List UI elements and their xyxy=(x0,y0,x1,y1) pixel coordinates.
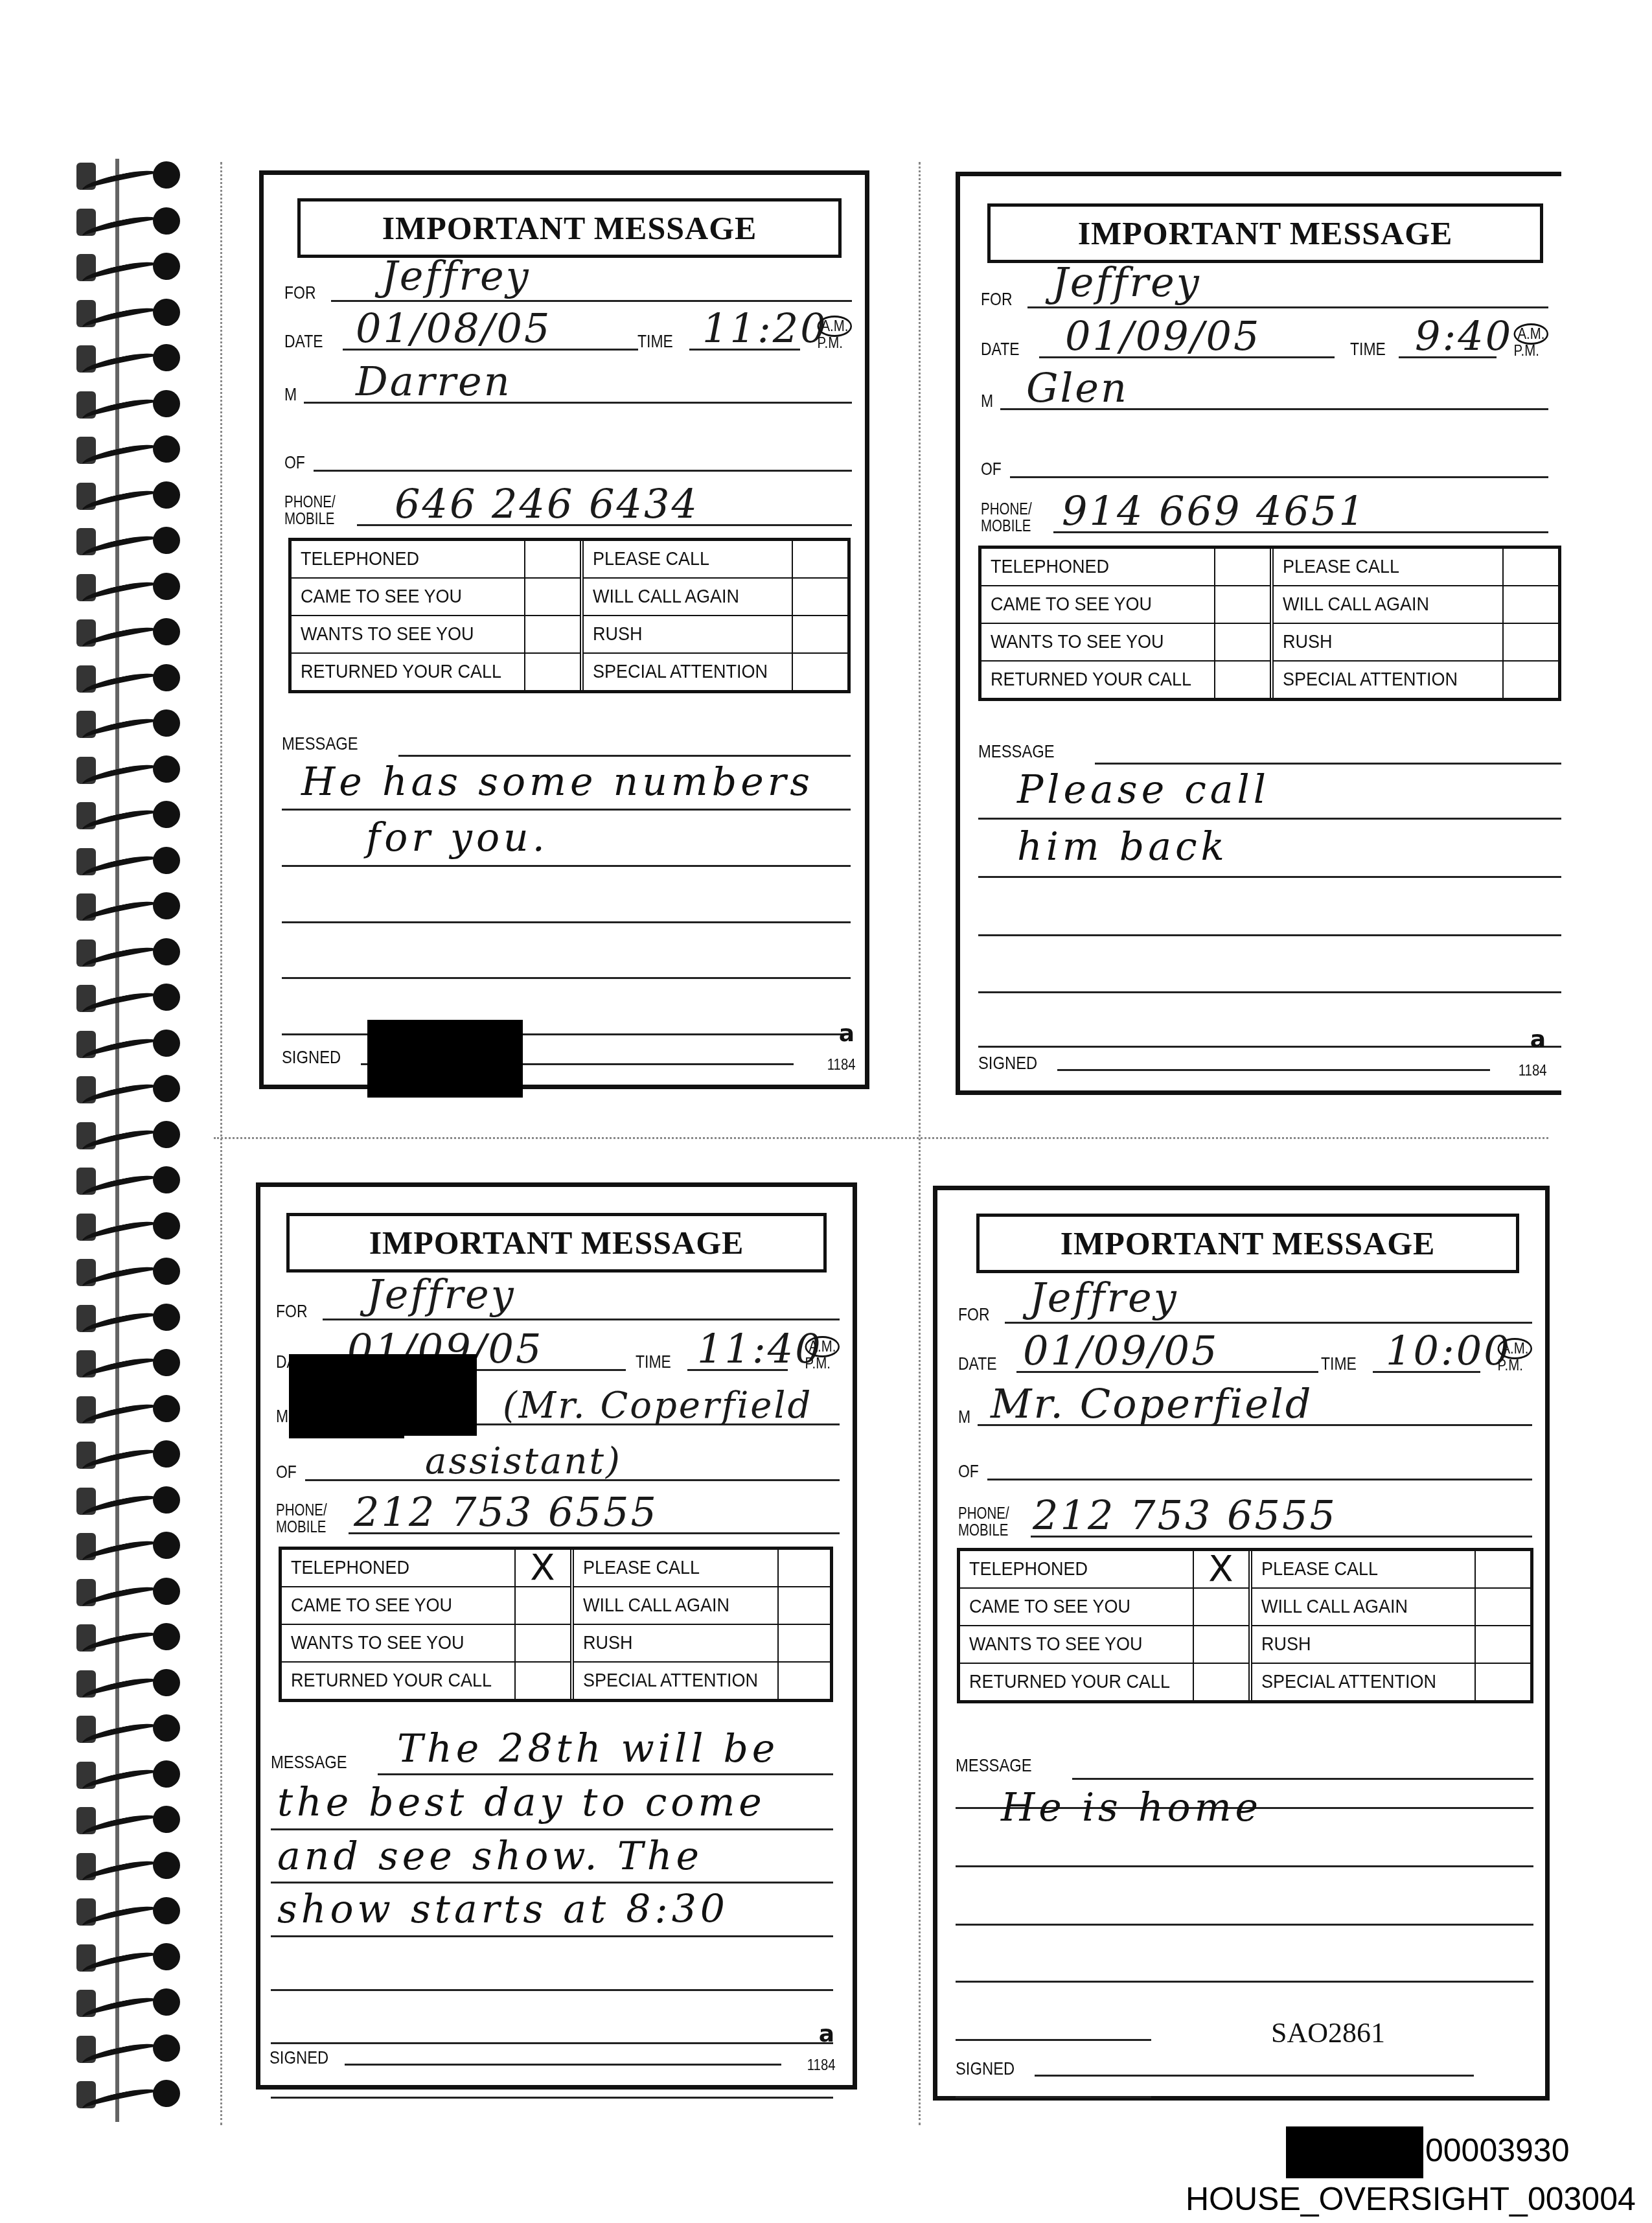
checkbox-special-attention[interactable] xyxy=(1502,662,1558,698)
spiral-coil xyxy=(76,2077,187,2116)
checkbox-came-to-see-you[interactable] xyxy=(1214,586,1270,623)
date-value: 01/08/05 xyxy=(356,305,551,352)
message-line-2: him back xyxy=(1017,824,1228,870)
for-value: Jeffrey xyxy=(382,252,531,299)
form-code: 1184 xyxy=(1519,1062,1547,1080)
card-title-box: IMPORTANT MESSAGE xyxy=(976,1214,1519,1273)
message-card-4: IMPORTANT MESSAGE FOR Jeffrey DATE 01/09… xyxy=(933,1186,1550,2101)
spiral-coil xyxy=(76,616,187,654)
date-label: DATE xyxy=(981,339,1020,360)
spiral-coil xyxy=(76,1986,187,2025)
of-label: OF xyxy=(958,1461,979,1482)
spiral-coil xyxy=(76,1620,187,1659)
spiral-coil xyxy=(76,1712,187,1751)
spiral-coil xyxy=(76,296,187,335)
from-field: M Darren xyxy=(284,367,852,406)
time-label: TIME xyxy=(1350,339,1386,360)
spiral-coil xyxy=(76,1072,187,1111)
card-title: IMPORTANT MESSAGE xyxy=(1078,214,1453,252)
bates-number-main: HOUSE_OVERSIGHT_003004 xyxy=(1186,2180,1636,2218)
spiral-coil xyxy=(76,890,187,928)
spiral-coil xyxy=(76,1027,187,1066)
checkbox-col-left: TELEPHONEDX CAME TO SEE YOU WANTS TO SEE… xyxy=(960,1551,1248,1700)
from-field: M Mr. Coperfield xyxy=(958,1390,1532,1429)
am-pm-selector: A.M.P.M. xyxy=(805,1339,840,1372)
redaction-signed xyxy=(367,1020,523,1098)
checkbox-please-call[interactable] xyxy=(777,1550,833,1586)
checkbox-rush[interactable] xyxy=(1502,624,1558,660)
message-line-2: for you. xyxy=(366,815,549,860)
message-area: MESSAGE Please call him back xyxy=(978,727,1561,1031)
card-title-box: IMPORTANT MESSAGE xyxy=(297,198,842,258)
for-label: FOR xyxy=(958,1304,989,1325)
of-field: OF xyxy=(958,1444,1532,1483)
spiral-coil xyxy=(76,1392,187,1431)
phone-value: 212 753 6555 xyxy=(1033,1492,1337,1539)
of-field: OF assistant) xyxy=(276,1445,840,1484)
phone-mobile-label: PHONE/MOBILE xyxy=(958,1505,1009,1539)
perforation-left xyxy=(220,162,222,2125)
message-line-2: the best day to come xyxy=(277,1780,766,1825)
signed-label: SIGNED xyxy=(282,1047,341,1068)
perforation-center xyxy=(919,162,921,2125)
am-pm-selector: A.M.P.M. xyxy=(1497,1341,1532,1374)
checkbox-wants-to-see-you[interactable] xyxy=(1193,1626,1248,1663)
spiral-coil xyxy=(76,981,187,1020)
message-card-1: IMPORTANT MESSAGE FOR Jeffrey DATE 01/08… xyxy=(259,170,869,1089)
message-label: MESSAGE xyxy=(956,1755,1032,1776)
checkbox-col-left: TELEPHONED CAME TO SEE YOU WANTS TO SEE … xyxy=(981,549,1270,698)
from-value: Darren xyxy=(356,358,512,405)
pm-option: P.M. xyxy=(1497,1357,1522,1374)
spiral-coil xyxy=(76,707,187,746)
signed-label: SIGNED xyxy=(978,1053,1037,1074)
date-time-field: DATE 01/09/05 TIME 10:00 A.M.P.M. xyxy=(958,1337,1532,1376)
spiral-coil xyxy=(76,1210,187,1249)
spiral-coil xyxy=(76,1666,187,1705)
spiral-coil xyxy=(76,1301,187,1340)
spiral-coil xyxy=(76,753,187,792)
for-value: Jeffrey xyxy=(1052,259,1201,306)
message-label: MESSAGE xyxy=(978,741,1055,762)
message-line-3: and see show. The xyxy=(277,1834,703,1879)
spiral-coil xyxy=(76,1164,187,1203)
signed-label: SIGNED xyxy=(956,2058,1015,2079)
pm-option: P.M. xyxy=(805,1355,830,1372)
checkbox-wants-to-see-you[interactable] xyxy=(524,616,580,652)
m-label: M xyxy=(284,384,297,405)
message-line-4: show starts at 8:30 xyxy=(277,1887,729,1932)
spiral-coil xyxy=(76,1895,187,1933)
message-line-1: Please call xyxy=(1017,767,1270,812)
check-mark: X xyxy=(530,1550,555,1586)
of-label: OF xyxy=(276,1462,297,1482)
checkbox-please-call[interactable] xyxy=(1502,549,1558,585)
time-value: 10:00 xyxy=(1386,1327,1511,1374)
card-title: IMPORTANT MESSAGE xyxy=(369,1224,744,1261)
for-label: FOR xyxy=(284,282,315,303)
spiral-coil xyxy=(76,479,187,518)
m-label: M xyxy=(958,1407,970,1427)
checkbox-returned-your-call[interactable] xyxy=(514,1663,570,1699)
checkbox-will-call-again[interactable] xyxy=(1474,1589,1530,1625)
checkbox-special-attention[interactable] xyxy=(792,654,847,690)
checkbox-col-left: TELEPHONEDX CAME TO SEE YOU WANTS TO SEE… xyxy=(282,1550,570,1699)
spiral-coil xyxy=(76,1529,187,1568)
checkbox-came-to-see-you[interactable] xyxy=(1193,1589,1248,1625)
message-label: MESSAGE xyxy=(282,733,358,754)
of-label: OF xyxy=(981,459,1002,479)
form-logo-icon: a xyxy=(819,2021,834,2047)
m-label: M xyxy=(981,391,993,411)
message-line-1: He is home xyxy=(1001,1785,1262,1830)
message-label: MESSAGE xyxy=(271,1752,347,1773)
checkbox-will-call-again[interactable] xyxy=(1502,586,1558,623)
for-field: FOR Jeffrey xyxy=(284,266,852,305)
checkbox-telephoned[interactable] xyxy=(1214,549,1270,585)
time-label: TIME xyxy=(1321,1353,1357,1374)
status-checkbox-grid: TELEPHONEDX CAME TO SEE YOU WANTS TO SEE… xyxy=(279,1547,833,1702)
from-value: Mr. Coperfield xyxy=(991,1380,1313,1427)
checkbox-col-right: PLEASE CALL WILL CALL AGAIN RUSH SPECIAL… xyxy=(570,1550,833,1699)
for-label: FOR xyxy=(981,289,1012,310)
am-pm-selector: A.M.P.M. xyxy=(1513,326,1548,360)
phone-value: 914 669 4651 xyxy=(1062,487,1366,535)
message-area: MESSAGE The 28th will be the best day to… xyxy=(271,1712,833,2023)
checkbox-came-to-see-you[interactable] xyxy=(514,1587,570,1624)
bates-number-partial: 00003930 xyxy=(1425,2132,1569,2169)
checkbox-col-left: TELEPHONED CAME TO SEE YOU WANTS TO SEE … xyxy=(292,541,580,690)
am-pm-selector: A.M.P.M. xyxy=(817,318,852,352)
checkbox-special-attention[interactable] xyxy=(1474,1664,1530,1700)
checkbox-rush[interactable] xyxy=(777,1625,833,1661)
message-line-1: The 28th will be xyxy=(397,1726,779,1771)
date-time-field: DATE 01/09/05 TIME 9:40 A.M.P.M. xyxy=(981,322,1548,361)
checkbox-returned-your-call[interactable] xyxy=(524,654,580,690)
checkbox-returned-your-call[interactable] xyxy=(1193,1664,1248,1700)
phone-field: PHONE/MOBILE 212 753 6555 xyxy=(958,1495,1532,1540)
pm-option: P.M. xyxy=(1513,342,1539,360)
phone-value: 212 753 6555 xyxy=(354,1488,658,1536)
form-code: 1184 xyxy=(827,1056,856,1074)
date-time-field: DATE 01/08/05 TIME 11:20 A.M.P.M. xyxy=(284,314,852,353)
spiral-coil xyxy=(76,1346,187,1385)
phone-value: 646 246 6434 xyxy=(395,480,699,527)
checkbox-telephoned[interactable] xyxy=(524,541,580,577)
redaction-bates-prefix xyxy=(1286,2126,1423,2178)
spiral-binding xyxy=(76,159,187,2122)
form-logo-icon: a xyxy=(1530,1026,1546,1053)
spiral-coil xyxy=(76,1803,187,1842)
spiral-coil xyxy=(76,1484,187,1523)
spiral-coil xyxy=(76,387,187,426)
checkbox-came-to-see-you[interactable] xyxy=(524,579,580,615)
date-label: DATE xyxy=(958,1353,997,1374)
for-field: FOR Jeffrey xyxy=(276,1284,840,1323)
checkbox-col-right: PLEASE CALL WILL CALL AGAIN RUSH SPECIAL… xyxy=(1270,549,1558,698)
pm-option: P.M. xyxy=(817,334,842,352)
from-value: (Mr. Coperfield xyxy=(503,1385,812,1427)
spiral-coil xyxy=(76,936,187,974)
spiral-coil xyxy=(76,341,187,380)
card-title: IMPORTANT MESSAGE xyxy=(1061,1225,1436,1262)
checkbox-telephoned[interactable]: X xyxy=(514,1550,570,1586)
checkbox-wants-to-see-you[interactable] xyxy=(514,1625,570,1661)
checkbox-telephoned[interactable]: X xyxy=(1193,1551,1248,1587)
time-value: 11:40 xyxy=(697,1325,823,1372)
for-label: FOR xyxy=(276,1301,307,1322)
card-title-box: IMPORTANT MESSAGE xyxy=(286,1213,827,1273)
checkbox-rush[interactable] xyxy=(792,616,847,652)
of-field: OF xyxy=(981,442,1548,481)
check-mark: X xyxy=(1208,1551,1233,1587)
sao-stamp: SAO2861 xyxy=(1271,2016,1385,2049)
phone-field: PHONE/MOBILE 646 246 6434 xyxy=(284,483,852,529)
perforation-middle xyxy=(214,1137,1548,1139)
message-area: MESSAGE He has some numbers for you. xyxy=(282,719,851,1024)
spiral-coil xyxy=(76,1118,187,1157)
spiral-coil xyxy=(76,570,187,609)
for-field: FOR Jeffrey xyxy=(981,272,1548,311)
time-value: 9:40 xyxy=(1415,312,1513,360)
spiral-coil xyxy=(76,844,187,883)
checkbox-special-attention[interactable] xyxy=(777,1663,833,1699)
phone-mobile-label: PHONE/MOBILE xyxy=(284,494,336,527)
spiral-coil xyxy=(76,2032,187,2071)
for-value: Jeffrey xyxy=(1029,1274,1178,1321)
time-label: TIME xyxy=(637,331,673,352)
phone-mobile-label: PHONE/MOBILE xyxy=(981,501,1032,535)
time-label: TIME xyxy=(636,1352,671,1372)
spiral-coil xyxy=(76,1575,187,1614)
from-field: M Glen xyxy=(981,374,1548,413)
checkbox-col-right: PLEASE CALL WILL CALL AGAIN RUSH SPECIAL… xyxy=(1248,1551,1530,1700)
card-title-box: IMPORTANT MESSAGE xyxy=(987,203,1543,263)
checkbox-will-call-again[interactable] xyxy=(777,1587,833,1624)
spiral-coil xyxy=(76,1438,187,1477)
signed-label: SIGNED xyxy=(270,2047,328,2068)
checkbox-please-call[interactable] xyxy=(792,541,847,577)
message-line-1: He has some numbers xyxy=(301,759,814,805)
card-title: IMPORTANT MESSAGE xyxy=(382,209,757,247)
phone-field: PHONE/MOBILE 914 669 4651 xyxy=(981,490,1548,536)
phone-mobile-label: PHONE/MOBILE xyxy=(276,1502,327,1536)
from-value: Glen xyxy=(1026,364,1129,411)
spiral-coil xyxy=(76,1849,187,1888)
spiral-coil xyxy=(76,1758,187,1797)
checkbox-will-call-again[interactable] xyxy=(792,579,847,615)
of-field: OF xyxy=(284,435,852,474)
for-value: Jeffrey xyxy=(367,1271,516,1318)
checkbox-col-right: PLEASE CALL WILL CALL AGAIN RUSH SPECIAL… xyxy=(580,541,847,690)
message-area: MESSAGE He is home xyxy=(956,1722,1533,2033)
of-value: assistant) xyxy=(425,1440,622,1482)
scanned-page: IMPORTANT MESSAGE FOR Jeffrey DATE 01/08… xyxy=(0,0,1652,2223)
spiral-coil xyxy=(76,433,187,472)
spiral-coil xyxy=(76,524,187,563)
form-code: 1184 xyxy=(807,2056,836,2075)
date-value: 01/09/05 xyxy=(1023,1327,1219,1374)
message-card-3: IMPORTANT MESSAGE FOR Jeffrey DATE 01/09… xyxy=(256,1182,857,2090)
date-value: 01/09/05 xyxy=(1065,312,1261,360)
of-label: OF xyxy=(284,452,305,473)
checkbox-wants-to-see-you[interactable] xyxy=(1214,624,1270,660)
phone-field: PHONE/MOBILE 212 753 6555 xyxy=(276,1492,840,1537)
spiral-coil xyxy=(76,159,187,198)
redaction-caller-name xyxy=(289,1354,477,1436)
date-label: DATE xyxy=(284,331,323,352)
form-logo-icon: a xyxy=(839,1020,855,1047)
status-checkbox-grid: TELEPHONEDX CAME TO SEE YOU WANTS TO SEE… xyxy=(957,1548,1533,1703)
status-checkbox-grid: TELEPHONED CAME TO SEE YOU WANTS TO SEE … xyxy=(978,546,1561,701)
spiral-coil xyxy=(76,1255,187,1294)
spiral-coil xyxy=(76,250,187,289)
message-card-2: IMPORTANT MESSAGE FOR Jeffrey DATE 01/09… xyxy=(956,172,1561,1095)
checkbox-rush[interactable] xyxy=(1474,1626,1530,1663)
checkbox-please-call[interactable] xyxy=(1474,1551,1530,1587)
for-field: FOR Jeffrey xyxy=(958,1287,1532,1326)
spiral-coil xyxy=(76,205,187,244)
status-checkbox-grid: TELEPHONED CAME TO SEE YOU WANTS TO SEE … xyxy=(288,538,851,693)
spiral-coil xyxy=(76,1941,187,1979)
m-label: M xyxy=(276,1406,288,1427)
spiral-coil xyxy=(76,798,187,837)
checkbox-returned-your-call[interactable] xyxy=(1214,662,1270,698)
time-value: 11:20 xyxy=(702,305,828,352)
spiral-coil xyxy=(76,662,187,700)
